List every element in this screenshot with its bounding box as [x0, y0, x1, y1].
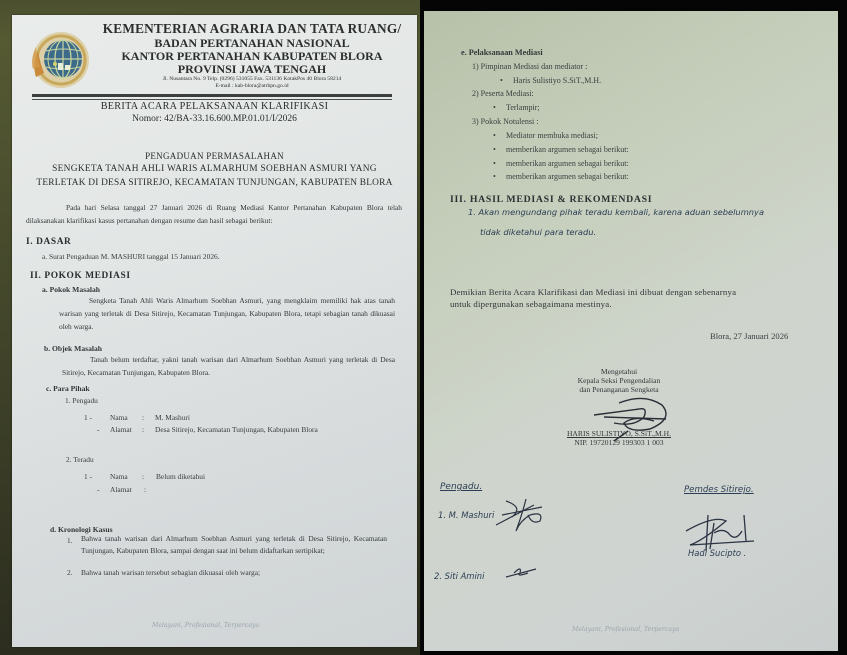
official-nip: NIP. 19720129 199303 1 003 [524, 438, 714, 447]
intro-paragraph: Pada hari Selasa tanggal 27 Januari 2026… [26, 201, 402, 227]
section-2-heading: II. POKOK MEDIASI [30, 271, 131, 281]
para-pihak-label: c. Para Pihak [46, 384, 90, 393]
subject-line-2: SENGKETA TANAH AHLI WARIS ALMARHUM SOEBH… [12, 164, 417, 174]
letterhead-divider-thin [32, 99, 392, 100]
kronologi-item-2-number: 2. [67, 568, 73, 577]
letterhead-ministry: KEMENTERIAN AGRARIA DAN TATA RUANG/ [92, 21, 412, 37]
section-1-heading: I. DASAR [26, 237, 71, 247]
letterhead-address: Jl. Nusantara No. 9 Telp. (0296) 531055 … [92, 76, 412, 82]
pengadu-2-signature-icon [504, 565, 538, 581]
mediasi-item-2-bullet: Terlampir; [506, 103, 540, 112]
objek-masalah-label: b. Objek Masalah [44, 344, 102, 353]
handwritten-recommendation-line-1: 1. Akan mengundang pihak teradu kembali,… [468, 207, 764, 217]
teradu-nama-label: Nama [110, 472, 128, 481]
kronologi-item-1-number: 1. [67, 536, 73, 545]
subject-line-3: TERLETAK DI DESA SITIREJO, KECAMATAN TUN… [12, 178, 417, 188]
colon: : [142, 425, 144, 434]
footer-motto: Melayani, Profesional, Terpercaya [152, 622, 259, 629]
teradu-label: 2. Teradu [66, 455, 94, 464]
teradu-alamat-label: Alamat [110, 485, 132, 494]
kronologi-item-2: Bahwa tanah warisan tersebut sebagian di… [81, 568, 260, 577]
closing-text-line-2: untuk dipergunakan sebagaimana mestinya. [450, 299, 612, 309]
section-3-heading: III. HASIL MEDIASI & REKOMENDASI [450, 194, 652, 205]
pemdes-signature-label: Pemdes Sitirejo. [684, 485, 754, 495]
teradu-nama-value: Belum diketahui [156, 472, 205, 481]
dash: - [97, 425, 99, 434]
mediasi-item-1: 1) Pimpinan Mediasi dan mediator : [472, 62, 587, 71]
pokok-masalah-label: a. Pokok Masalah [42, 285, 100, 294]
pengadu-label: 1. Pengadu [65, 396, 98, 405]
pengadu-number: 1 - [84, 413, 92, 422]
document-title: BERITA ACARA PELAKSANAAN KLARIFIKASI [12, 101, 417, 112]
pengadu-signature-label: Pengadu. [440, 482, 482, 492]
pemdes-name: Hadi Sucipto . [688, 548, 746, 558]
pengadu-alamat-value: Desa Sitirejo, Kecamatan Tunjungan, Kabu… [155, 425, 318, 434]
notulensi-bullet: memberikan argumen sebagai berikut: [506, 159, 629, 168]
dash: - [97, 485, 99, 494]
letterhead-divider [32, 94, 392, 97]
place-date: Blora, 27 Januari 2026 [710, 331, 788, 341]
official-name: HARIS SULISTIYO, S.SiT.,M.H. [524, 429, 714, 438]
document-page-2: e. Pelaksanaan Mediasi 1) Pimpinan Media… [424, 11, 838, 651]
objek-masalah-text: Tanah belum terdaftar, yakni tanah waris… [62, 353, 395, 379]
pengadu-2-name: 2. Siti Amini [434, 571, 484, 581]
document-number: Nomor: 42/BA-33.16.600.MP.01.01/I/2026 [12, 114, 417, 124]
handwritten-recommendation-line-2: tidak diketahui para teradu. [480, 227, 596, 237]
subject-line-1: PENGADUAN PERMASALAHAN [12, 151, 417, 161]
colon: : [142, 472, 144, 481]
pengadu-1-signature-icon [494, 495, 549, 537]
pengadu-alamat-label: Alamat [110, 425, 132, 434]
colon: : [142, 413, 144, 422]
footer-motto: Melayani, Profesional, Terpercaya [572, 626, 679, 633]
colon: : [144, 485, 146, 494]
mediasi-item-1-bullet: Haris Sulistiyo S.SiT.,M.H. [513, 76, 601, 85]
letterhead-province: PROVINSI JAWA TENGAH [92, 62, 412, 77]
teradu-number: 1 - [84, 472, 92, 481]
kronologi-item-1: Bahwa tanah warisan dari Almarhum Soebha… [81, 533, 387, 556]
closing-text-line-1: Demikian Berita Acara Klarifikasi dan Me… [450, 287, 736, 297]
notulensi-bullet: memberikan argumen sebagai berikut: [506, 172, 629, 181]
atr-bpn-globe-logo-icon [28, 29, 90, 91]
official-signature-block: Mengetahui Kepala Seksi Pengendalian dan… [524, 367, 714, 394]
known-by-label: Mengetahui [524, 367, 714, 376]
pokok-masalah-text: Sengketa Tanah Ahli Waris Almarhum Soebh… [59, 294, 395, 333]
notulensi-bullet: Mediator membuka mediasi; [506, 131, 598, 140]
section-1-item-a: a. Surat Pengaduan M. MASHURI tanggal 15… [42, 252, 220, 261]
letterhead-email: E-mail : kab-blora@atrbpn.go.id [92, 83, 412, 89]
pengadu-nama-label: Nama [110, 413, 128, 422]
official-name-block: HARIS SULISTIYO, S.SiT.,M.H. NIP. 197201… [524, 429, 714, 447]
mediasi-item-2: 2) Peserta Mediasi: [472, 89, 534, 98]
mediasi-item-3: 3) Pokok Notulensi : [472, 117, 538, 126]
document-page-1: KEMENTERIAN AGRARIA DAN TATA RUANG/ BADA… [12, 15, 417, 647]
pelaksanaan-mediasi-label: e. Pelaksanaan Mediasi [461, 48, 543, 57]
pengadu-1-name: 1. M. Mashuri [438, 510, 494, 520]
pengadu-nama-value: M. Mashuri [155, 413, 190, 422]
position-line-1: Kepala Seksi Pengendalian [524, 376, 714, 385]
notulensi-bullet: memberikan argumen sebagai berikut: [506, 145, 629, 154]
